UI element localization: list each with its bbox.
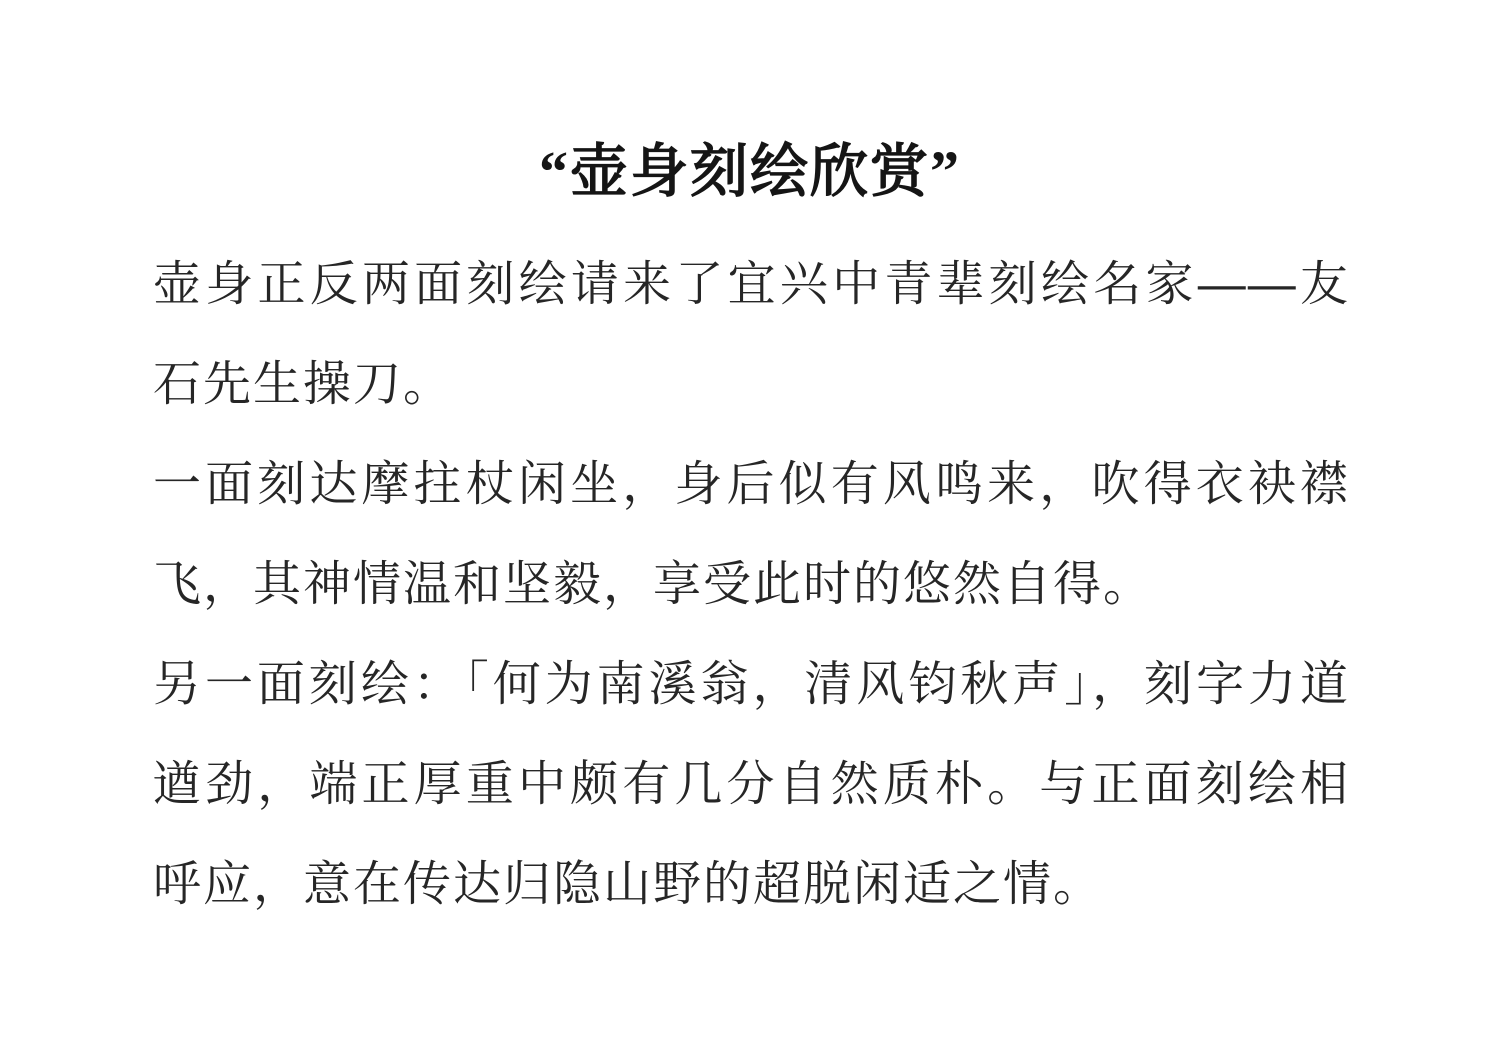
paragraph-engraver-intro: 壶身正反两面刻绘请来了宜兴中青辈刻绘名家——友石先生操刀。 bbox=[153, 235, 1350, 435]
paragraph-back-engraving: 另一面刻绘：「何为南溪翁，清风钧秋声」，刻字力道遒劲，端正厚重中颇有几分自然质朴… bbox=[153, 635, 1350, 935]
paragraph-front-engraving: 一面刻达摩拄杖闲坐，身后似有风鸣来，吹得衣袂襟飞，其神情温和坚毅，享受此时的悠然… bbox=[153, 435, 1350, 635]
page-title: “壶身刻绘欣赏” bbox=[0, 0, 1500, 211]
body-text-block: 壶身正反两面刻绘请来了宜兴中青辈刻绘名家——友石先生操刀。 一面刻达摩拄杖闲坐，… bbox=[0, 235, 1500, 935]
document-page: “壶身刻绘欣赏” 壶身正反两面刻绘请来了宜兴中青辈刻绘名家——友石先生操刀。 一… bbox=[0, 0, 1500, 1054]
